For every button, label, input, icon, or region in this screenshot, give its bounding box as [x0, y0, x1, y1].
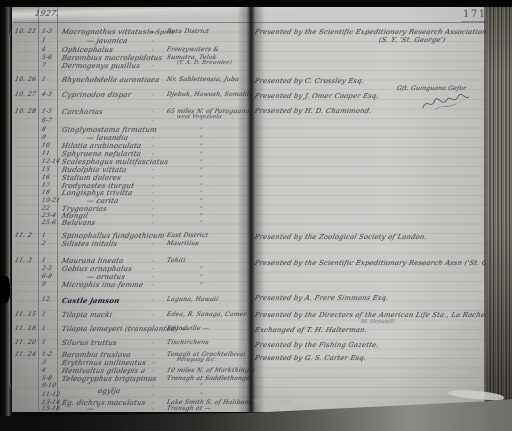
spirit-column-mark: · [151, 118, 155, 125]
locality-ditto-mark: ″ [199, 183, 203, 190]
spirit-column-mark: · [151, 206, 155, 213]
specimen-numbers: 5-8 [41, 375, 53, 382]
spirit-column-mark: · [151, 312, 155, 319]
specimen-numbers: 16 [41, 174, 51, 181]
specimen-numbers: 12 [41, 296, 51, 303]
locality-ditto-mark: ″ [199, 175, 203, 182]
locality-ditto-mark: ″ [199, 118, 203, 125]
specimen-numbers: 1 [41, 325, 47, 332]
specimen-numbers: 9 [41, 281, 47, 288]
locality-ditto-mark: ″ [199, 127, 203, 134]
locality-ditto-mark: ″ [199, 220, 203, 227]
locality-ditto-mark: ″ [199, 274, 203, 281]
specimen-numbers: 19-21 [41, 197, 61, 204]
specimen-numbers: 1 [41, 339, 47, 346]
spirit-column-mark: · [151, 135, 155, 142]
binding-notch [0, 276, 10, 303]
left-page-edge-curve [9, 30, 18, 390]
spirit-column-mark: · [151, 352, 155, 359]
species-name: Carcharias [61, 108, 104, 116]
locality: Tahiti [166, 257, 186, 264]
specimen-numbers: 1-3 [41, 28, 53, 35]
species-name: Sphyraena nefularita [61, 150, 142, 158]
spirit-column-mark: · [151, 63, 155, 70]
spirit-column-mark: · [151, 47, 155, 54]
locality-ditto-mark: ″ [199, 206, 203, 213]
specimen-numbers: 4-5 [41, 91, 53, 98]
species-name: Belavans [61, 219, 96, 227]
handwritten-entries: 1927. 10. 211-3Macrognathus vittatus —In… [0, 0, 512, 431]
species-name: Dermogenys pusillus [61, 62, 141, 70]
locality: Edea, R. Sanaga, Camer. [166, 311, 249, 318]
spirit-column-mark: · [151, 258, 155, 265]
species-name: Rhynchobdella aurantiaca [61, 76, 160, 84]
species-name: Microphis ima-femme [61, 281, 144, 289]
species-name: Cyprinodon dispar [61, 91, 132, 99]
spirit-column-mark: · [151, 297, 155, 304]
locality-second-line: (T. A. D. Brownlee) [176, 60, 232, 66]
donor-note: Presented by C. Crossley Esq. [254, 77, 365, 85]
spirit-column-mark: · [151, 92, 155, 99]
species-name: Castle jamson [61, 296, 121, 305]
spirit-column-mark: · [151, 190, 155, 197]
donor-note: Presented by the Scientific Expeditionar… [254, 259, 512, 267]
species-name: Macrognathus vittatus — [61, 28, 157, 36]
spirit-column-mark: · [151, 274, 155, 281]
locality-second-line: Paraguay &c. [176, 357, 216, 363]
locality: Batu District [166, 28, 210, 35]
species-name: Barombius macrolepidotus [61, 54, 163, 62]
specimen-numbers: 9-10 [41, 382, 57, 389]
spirit-column-mark: · [151, 151, 155, 158]
species-name: Rudolphia vittata [61, 166, 127, 174]
fore-edge-shading [486, 4, 512, 402]
spirit-column-mark: · [151, 213, 155, 220]
spirit-column-mark: · [151, 241, 155, 248]
specimen-numbers: 3 [41, 359, 47, 366]
species-name: — carita [86, 197, 119, 205]
pencil-note: M. Oceanill [360, 319, 395, 325]
specimen-numbers: 7 [41, 62, 47, 69]
locality: Djebuk, Hawash, Somalil. [166, 91, 252, 98]
specimen-numbers: 1 [41, 37, 47, 44]
donor-note: Presented by G. S. Carter Esq. [254, 354, 367, 362]
species-name: Spinophallus fundgothicum [61, 232, 165, 240]
locality-ditto-mark: ″ [199, 135, 203, 142]
species-name: Silistes initalis [61, 240, 118, 248]
donor-note: Presented by the Zoological Society of L… [254, 233, 428, 241]
specimen-numbers: 12-14 [41, 158, 61, 165]
locality: Transgh at — [166, 405, 211, 412]
spirit-column-mark: · [151, 368, 155, 375]
species-name: Eg. dichrus maculatus [61, 399, 146, 407]
specimen-numbers: 25-6 [41, 219, 57, 226]
species-name: Erythrinus unilineatus [61, 359, 147, 367]
locality: Laguna, Hawaii [166, 296, 219, 303]
spirit-column-mark: · [151, 340, 155, 347]
specimen-numbers: 11 [41, 150, 51, 157]
spirit-column-mark: · [151, 167, 155, 174]
locality: East District [166, 232, 209, 239]
spirit-column-mark: · [151, 175, 155, 182]
species-name: Hilotia arabinoculata [61, 142, 142, 150]
donor-note: Presented by the Directors of the Americ… [254, 311, 495, 319]
specimen-numbers: 2 [41, 240, 47, 247]
locality-ditto-mark: ″ [199, 383, 203, 390]
locality: Tischirchens [166, 339, 209, 346]
species-name: ogylja [97, 387, 121, 395]
spirit-column-mark: · [151, 406, 155, 413]
locality-ditto-mark: ″ [199, 360, 203, 367]
locality-ditto-mark: ″ [199, 198, 203, 205]
specimen-numbers: 11-12 [41, 391, 61, 398]
specimen-numbers: 15 [41, 166, 51, 173]
locality: Nr. Sablettensia, Juba [166, 76, 240, 83]
species-name: — ″ [86, 405, 100, 413]
specimen-numbers: 15-18 [41, 405, 61, 412]
specimen-numbers: 17 [41, 182, 51, 189]
locality-ditto-mark: ″ [199, 392, 203, 399]
spirit-column-mark: · [151, 183, 155, 190]
species-name: Hemivaltus gilolepis a [61, 367, 146, 375]
spirit-column-mark: · [151, 109, 155, 116]
locality-ditto-mark: ″ [199, 266, 203, 273]
locality: 10 miles N. of Markthingly [166, 367, 255, 374]
locality: Freezywaters & [166, 46, 220, 53]
species-name: — javanica [86, 37, 128, 45]
species-name: Silurus truttus [61, 339, 118, 347]
spirit-column-mark: · [151, 220, 155, 227]
species-name: Tilapia macki [61, 311, 113, 319]
species-name: Ginglymostoma firmatum [61, 126, 158, 134]
specimen-numbers: 22 [41, 205, 51, 212]
species-name: Stalium dolores [61, 174, 122, 182]
spirit-column-mark: · [151, 282, 155, 289]
scanned-register-photo: 1927. 10. 211-3Macrognathus vittatus —In… [0, 0, 512, 431]
spirit-column-mark: · [151, 198, 155, 205]
background-top [0, 0, 512, 7]
donor-note: Presented by the Scientific Expeditionar… [254, 28, 487, 36]
specimen-numbers: 5-6 [41, 54, 53, 61]
spirit-column-mark: · [151, 383, 155, 390]
spirit-column-mark: · [151, 143, 155, 150]
locality-ditto-mark: ″ [199, 167, 203, 174]
specimen-numbers: 10 [41, 142, 51, 149]
locality: Tranagh at Saddlethongs [166, 375, 250, 382]
species-name: Teleogryphus brigispinus [61, 375, 157, 383]
locality: Yaundville — [166, 325, 210, 332]
specimen-numbers: 1 [41, 311, 47, 318]
specimen-numbers: 4 [41, 46, 47, 53]
handwritten-year: 1927. [34, 9, 60, 18]
donor-note-second-line: (S. Y. 'St. George') [378, 36, 446, 44]
spirit-column-mark: ·· [151, 360, 157, 367]
locality-ditto-mark: ″ [199, 190, 203, 197]
specimen-numbers: 6-7 [41, 117, 53, 124]
specimen-numbers: 1 [41, 257, 47, 264]
stamp-text: Yoxall Close [254, 399, 293, 405]
locality-ditto-mark: ″ [199, 151, 203, 158]
specimen-numbers: 6-8 [41, 273, 53, 280]
specimen-numbers: 1 [41, 232, 47, 239]
donor-note: Presented by J. Omer Cooper Esq. [254, 92, 380, 100]
specimen-numbers: 8 [41, 126, 47, 133]
donor-note: Presented by A. Frere Simmons Esq. [254, 294, 389, 302]
page-edge-gap [484, 6, 486, 402]
specimen-numbers: 18 [41, 189, 51, 196]
locality-ditto-mark: ″ [199, 143, 203, 150]
species-name: ″ [86, 382, 91, 390]
species-name: — ornatus [86, 273, 126, 281]
spirit-column-mark: · [151, 38, 155, 45]
species-name: — lavandia [86, 134, 129, 142]
species-name: Gobius ornaphalus [61, 265, 133, 273]
species-name: Ophicephalus [61, 46, 114, 54]
specimen-numbers: 1-5 [41, 108, 53, 115]
species-name: Barombia truslova [61, 351, 132, 359]
locality-ditto-mark: ″ [199, 282, 203, 289]
locality-ditto-mark: ″ [199, 159, 203, 166]
specimen-numbers: 1-2 [41, 351, 53, 358]
donor-note: Exchanged of T. H. Halterman. [254, 326, 368, 334]
specimen-numbers: 23-4 [41, 212, 57, 219]
locality-ditto-mark: ″ [199, 213, 203, 220]
locality: Mauritius [166, 240, 199, 247]
specimen-numbers: 1 [41, 76, 47, 83]
species-name: Longisphys trivitta [61, 189, 133, 197]
spirit-column-mark: · [151, 392, 155, 399]
spirit-column-mark: · [151, 266, 155, 273]
specimen-numbers: 2-5 [41, 265, 53, 272]
specimen-numbers: 9 [41, 134, 47, 141]
specimen-numbers: 4 [41, 367, 47, 374]
species-name: Maurana lineata [61, 257, 124, 265]
donor-note: Presented by H. D. Chamimond. [254, 107, 372, 115]
donor-note: Presented by the Fishing Gazette. [254, 341, 379, 349]
